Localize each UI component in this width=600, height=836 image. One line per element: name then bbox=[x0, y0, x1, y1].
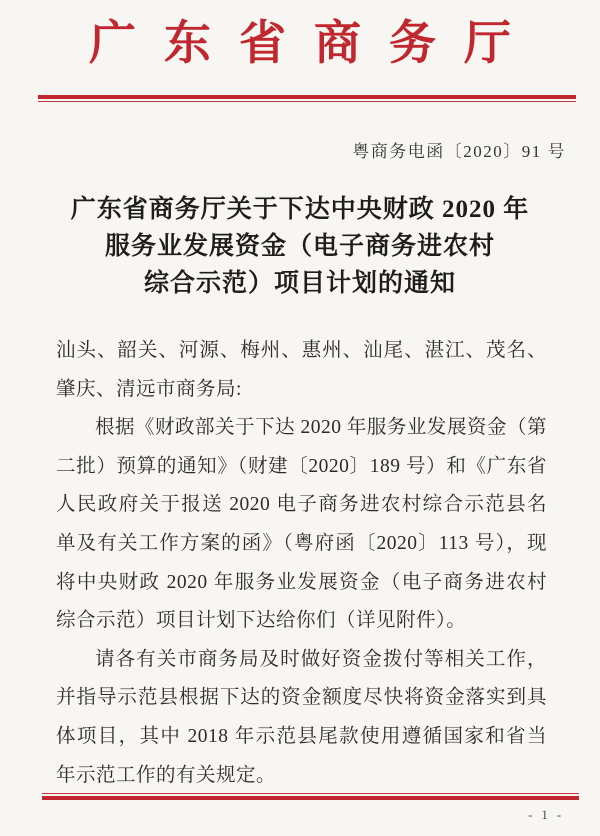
body-paragraph-1: 根据《财政部关于下达 2020 年服务业发展资金（第二批）预算的通知》（财建〔2… bbox=[56, 409, 547, 641]
document-page: 广东省商务厅 粤商务电函〔2020〕91 号 广东省商务厅关于下达中央财政 20… bbox=[0, 0, 600, 836]
footer-rule-thick-line bbox=[42, 796, 579, 800]
body-paragraph-2: 请各有关市商务局及时做好资金拨付等相关工作，并指导示范县根据下达的资金额度尽快将… bbox=[56, 641, 547, 795]
document-body: 汕头、韶关、河源、梅州、惠州、汕尾、湛江、茂名、肇庆、清远市商务局: 根据《财政… bbox=[56, 332, 547, 795]
title-line-1: 广东省商务厅关于下达中央财政 2020 年 bbox=[40, 191, 560, 228]
recipients-line: 汕头、韶关、河源、梅州、惠州、汕尾、湛江、茂名、肇庆、清远市商务局: bbox=[56, 332, 547, 409]
title-line-3: 综合示范）项目计划的通知 bbox=[40, 265, 560, 302]
letterhead: 广东省商务厅 bbox=[0, 16, 600, 72]
document-title: 广东省商务厅关于下达中央财政 2020 年 服务业发展资金（电子商务进农村 综合… bbox=[40, 191, 560, 302]
doc-number: 粤商务电函〔2020〕91 号 bbox=[352, 137, 566, 162]
org-name: 广东省商务厅 bbox=[89, 16, 539, 72]
footer-rule bbox=[42, 793, 579, 800]
header-rule bbox=[38, 95, 576, 102]
header-rule-thin-line bbox=[38, 101, 576, 102]
title-line-2: 服务业发展资金（电子商务进农村 bbox=[40, 228, 560, 265]
page-number: - 1 - bbox=[528, 808, 564, 823]
